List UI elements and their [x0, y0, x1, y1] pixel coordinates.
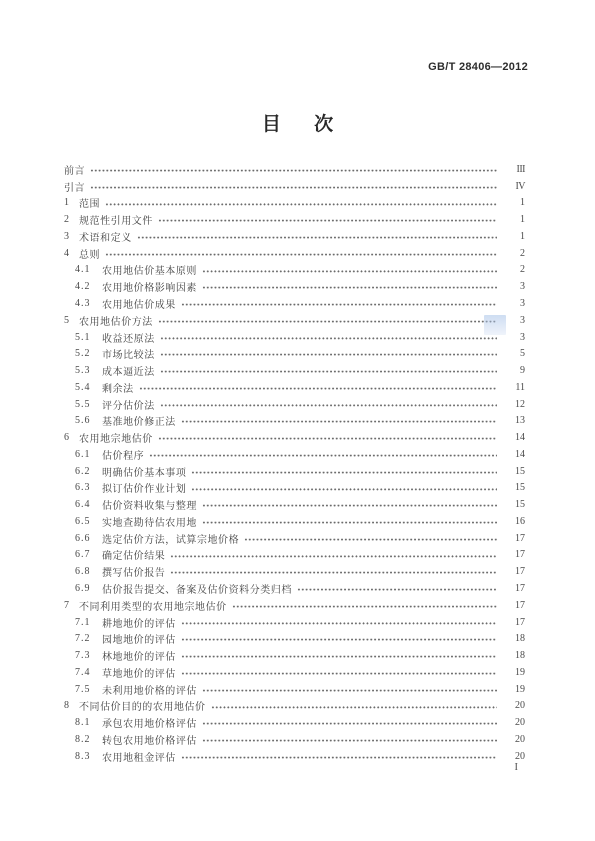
toc-entry: 6.4 估价资料收集与整理 15 [64, 496, 525, 513]
toc-entry-page: 18 [501, 650, 525, 661]
toc-entry: 4.1 农用地估价基本原则 2 [64, 262, 525, 279]
toc-entry: 前言 III [64, 161, 525, 178]
toc-entry-label: 转包农用地价格评估 [102, 732, 197, 747]
dot-leader [191, 463, 497, 480]
toc-entry: 4.2 农用地价格影响因素 3 [64, 278, 525, 295]
toc-entry-page: 13 [501, 415, 525, 426]
toc-entry-label: 不同估价目的的农用地估价 [79, 698, 206, 713]
toc-entry-label: 林地地价的评估 [102, 648, 176, 663]
toc-entry-page: 17 [501, 566, 525, 577]
toc-entry-label: 选定估价方法，试算宗地价格 [102, 531, 239, 546]
toc-entry-number: 4.3 [75, 298, 102, 309]
dot-leader [105, 195, 497, 212]
toc-entry: 4 总则 2 [64, 245, 525, 262]
toc-entry-label: 范围 [79, 195, 100, 210]
dot-leader [244, 530, 497, 547]
toc-entry: 6.6 选定估价方法，试算宗地价格 17 [64, 530, 525, 547]
toc-entry: 7 不同利用类型的农用地宗地估价 17 [64, 597, 525, 614]
toc-entry-number: 5.4 [75, 382, 102, 393]
toc-entry-page: 14 [501, 432, 525, 443]
toc-entry-label: 耕地地价的评估 [102, 615, 176, 630]
toc-entry: 6.9 估价报告提交、备案及估价资料分类归档 17 [64, 580, 525, 597]
document-page: GB/T 28406—2012 目 次 前言 III 引言 IV 1 范围 1 … [0, 0, 595, 841]
toc-entry-page: 14 [501, 449, 525, 460]
toc-entry-page: IV [501, 181, 525, 192]
toc-entry: 7.4 草地地价的评估 19 [64, 664, 525, 681]
toc-entry: 7.1 耕地地价的评估 17 [64, 614, 525, 631]
toc-entry-page: 3 [501, 315, 525, 326]
dot-leader [181, 412, 497, 429]
toc-entry-page: 3 [501, 281, 525, 292]
toc-entry: 7.3 林地地价的评估 18 [64, 647, 525, 664]
toc-entry-number: 6.4 [75, 499, 102, 510]
toc-entry-number: 8.1 [75, 717, 102, 728]
toc-entry-page: 1 [501, 197, 525, 208]
toc-entry-number: 4 [64, 248, 79, 259]
dot-leader [202, 681, 497, 698]
toc-entry-number: 6.1 [75, 449, 102, 460]
toc-entry: 6.7 确定估价结果 17 [64, 547, 525, 564]
toc-entry: 6.5 实地查勘待估农用地 16 [64, 513, 525, 530]
toc-entry: 5.4 剩余法 11 [64, 379, 525, 396]
toc-entry-page: 11 [501, 382, 525, 393]
toc-entry-label: 基准地价修正法 [102, 413, 176, 428]
toc-entry-label: 估价资料收集与整理 [102, 497, 197, 512]
toc-entry: 5.5 评分估价法 12 [64, 396, 525, 413]
toc-entry-label: 总则 [79, 246, 100, 261]
dot-leader [297, 580, 497, 597]
dot-leader [137, 228, 497, 245]
toc-entry-number: 7.1 [75, 617, 102, 628]
toc-entry-label: 引言 [64, 179, 85, 194]
toc-entry-number: 5.5 [75, 399, 102, 410]
dot-leader [181, 647, 497, 664]
toc-entry: 8.3 农用地租金评估 20 [64, 748, 525, 765]
toc-entry-page: 1 [501, 231, 525, 242]
dot-leader [202, 262, 497, 279]
toc-entry-page: 20 [501, 717, 525, 728]
toc-entry-label: 农用地估价方法 [79, 313, 153, 328]
toc-entry-number: 7.5 [75, 684, 102, 695]
dot-leader [160, 345, 497, 362]
dot-leader [181, 664, 497, 681]
toc-entry: 5.2 市场比较法 5 [64, 345, 525, 362]
toc-entry-page: 9 [501, 365, 525, 376]
toc-entry: 1 范围 1 [64, 195, 525, 212]
folio-page-number: I [515, 762, 519, 773]
toc-entry-number: 8 [64, 700, 79, 711]
toc-entry-page: 3 [501, 332, 525, 343]
toc-entry-number: 5 [64, 315, 79, 326]
toc-entry-page: 17 [501, 549, 525, 560]
dot-leader [160, 362, 497, 379]
toc-entry-label: 估价程序 [102, 447, 144, 462]
toc-entry-number: 7.2 [75, 633, 102, 644]
toc-entry-label: 园地地价的评估 [102, 631, 176, 646]
toc-entry-page: 19 [501, 667, 525, 678]
toc-entry-page: 5 [501, 348, 525, 359]
dot-leader [170, 547, 497, 564]
toc-entry-page: 17 [501, 533, 525, 544]
toc-entry-number: 7.4 [75, 667, 102, 678]
toc-entry-label: 剩余法 [102, 380, 134, 395]
dot-leader [139, 379, 497, 396]
dot-leader [149, 446, 497, 463]
toc-entry-label: 收益还原法 [102, 330, 155, 345]
toc-entry-number: 6.5 [75, 516, 102, 527]
toc-entry-number: 5.2 [75, 348, 102, 359]
dot-leader [160, 396, 497, 413]
toc-entry-label: 实地查勘待估农用地 [102, 514, 197, 529]
toc-entry-page: 15 [501, 499, 525, 510]
dot-leader [158, 312, 497, 329]
toc-entry-number: 3 [64, 231, 79, 242]
toc-entry-number: 4.2 [75, 281, 102, 292]
dot-leader [211, 698, 497, 715]
toc-entry: 7.5 未利用地价格的评估 19 [64, 681, 525, 698]
toc-entry: 引言 IV [64, 178, 525, 195]
toc-entry-number: 7.3 [75, 650, 102, 661]
dot-leader [191, 480, 497, 497]
toc-entry-number: 2 [64, 214, 79, 225]
toc-entry-page: 17 [501, 617, 525, 628]
toc-entry-page: 1 [501, 214, 525, 225]
toc-entry-page: 2 [501, 248, 525, 259]
toc-entry: 4.3 农用地估价成果 3 [64, 295, 525, 312]
toc-entry-label: 明确估价基本事项 [102, 464, 186, 479]
toc-entry-label: 撰写估价报告 [102, 564, 165, 579]
toc-entry-number: 6.9 [75, 583, 102, 594]
toc-entry-number: 8.3 [75, 751, 102, 762]
toc-entry-label: 市场比较法 [102, 346, 155, 361]
toc-entry-number: 6.6 [75, 533, 102, 544]
toc-entry-page: 20 [501, 700, 525, 711]
toc-entry-label: 前言 [64, 162, 85, 177]
dot-leader [158, 211, 497, 228]
toc-entry: 5.1 收益还原法 3 [64, 329, 525, 346]
dot-leader [90, 178, 497, 195]
toc-entry-number: 6.8 [75, 566, 102, 577]
toc-entry-number: 5.1 [75, 332, 102, 343]
dot-leader [202, 513, 497, 530]
toc-entry-label: 成本逼近法 [102, 363, 155, 378]
standard-number: GB/T 28406—2012 [428, 61, 528, 73]
toc-entry-page: 2 [501, 264, 525, 275]
toc-entry: 5.3 成本逼近法 9 [64, 362, 525, 379]
toc-entry-number: 5.3 [75, 365, 102, 376]
toc-entry: 7.2 园地地价的评估 18 [64, 630, 525, 647]
toc-entry-number: 6.2 [75, 466, 102, 477]
dot-leader [202, 714, 497, 731]
dot-leader [90, 161, 497, 178]
toc-entry-label: 术语和定义 [79, 229, 132, 244]
toc-entry: 6.3 拟订估价作业计划 15 [64, 480, 525, 497]
dot-leader [202, 278, 497, 295]
dot-leader [232, 597, 497, 614]
toc-entry-number: 8.2 [75, 734, 102, 745]
toc-entry-number: 6.7 [75, 549, 102, 560]
toc-entry-page: 18 [501, 633, 525, 644]
toc-entry-page: 20 [501, 734, 525, 745]
toc-entry-label: 估价报告提交、备案及估价资料分类归档 [102, 581, 292, 596]
toc-entry: 6 农用地宗地估价 14 [64, 429, 525, 446]
dot-leader [202, 731, 497, 748]
toc-entry: 6.2 明确估价基本事项 15 [64, 463, 525, 480]
toc-entry-page: 17 [501, 583, 525, 594]
toc-entry-number: 5.6 [75, 415, 102, 426]
toc-entry-label: 不同利用类型的农用地宗地估价 [79, 598, 227, 613]
dot-leader [181, 748, 497, 765]
toc-entry: 2 规范性引用文件 1 [64, 211, 525, 228]
toc-entry: 8.2 转包农用地价格评估 20 [64, 731, 525, 748]
toc-entry-page: 3 [501, 298, 525, 309]
toc-entry-page: 17 [501, 600, 525, 611]
toc-entry-page: 15 [501, 466, 525, 477]
dot-leader [160, 329, 497, 346]
toc-entry-label: 农用地宗地估价 [79, 430, 153, 445]
dot-leader [202, 496, 497, 513]
toc-entry-number: 6 [64, 432, 79, 443]
dot-leader [105, 245, 497, 262]
page-title: 目 次 [0, 109, 595, 136]
dot-leader [158, 429, 497, 446]
toc-entry-number: 4.1 [75, 264, 102, 275]
toc-entry: 8 不同估价目的的农用地估价 20 [64, 698, 525, 715]
toc-entry-label: 农用地估价成果 [102, 296, 176, 311]
toc-entry-label: 承包农用地价格评估 [102, 715, 197, 730]
toc-entry-number: 7 [64, 600, 79, 611]
toc-entry-label: 农用地价格影响因素 [102, 279, 197, 294]
toc-entry-page: III [501, 164, 525, 175]
toc-entry-page: 19 [501, 684, 525, 695]
toc-entry-page: 12 [501, 399, 525, 410]
toc-list: 前言 III 引言 IV 1 范围 1 2 规范性引用文件 1 3 术语和定义 … [64, 161, 525, 765]
dot-leader [181, 630, 497, 647]
toc-entry-number: 6.3 [75, 482, 102, 493]
dot-leader [170, 563, 497, 580]
toc-entry-page: 15 [501, 482, 525, 493]
toc-entry-label: 规范性引用文件 [79, 212, 153, 227]
toc-entry-label: 农用地估价基本原则 [102, 262, 197, 277]
toc-entry-label: 拟订估价作业计划 [102, 480, 186, 495]
toc-entry-label: 草地地价的评估 [102, 665, 176, 680]
toc-entry-page: 20 [501, 751, 525, 762]
dot-leader [181, 295, 497, 312]
toc-entry: 8.1 承包农用地价格评估 20 [64, 714, 525, 731]
toc-entry: 6.1 估价程序 14 [64, 446, 525, 463]
dot-leader [181, 614, 497, 631]
toc-entry-label: 未利用地价格的评估 [102, 682, 197, 697]
toc-entry-label: 农用地租金评估 [102, 749, 176, 764]
toc-entry-page: 16 [501, 516, 525, 527]
toc-entry: 5 农用地估价方法 3 [64, 312, 525, 329]
toc-entry: 5.6 基准地价修正法 13 [64, 412, 525, 429]
toc-entry: 3 术语和定义 1 [64, 228, 525, 245]
toc-entry-label: 确定估价结果 [102, 547, 165, 562]
toc-entry: 6.8 撰写估价报告 17 [64, 563, 525, 580]
toc-entry-label: 评分估价法 [102, 397, 155, 412]
toc-entry-number: 1 [64, 197, 79, 208]
